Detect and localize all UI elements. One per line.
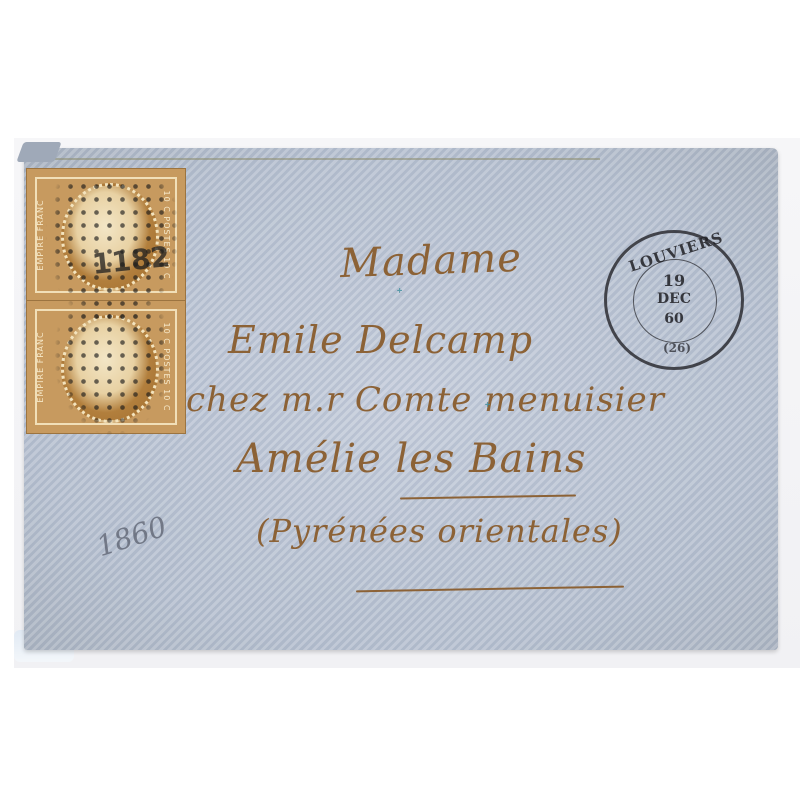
envelope-flap-edge	[40, 158, 600, 160]
address-line-name: Emile Delcamp	[228, 318, 533, 362]
address-line-salutation: Madame	[339, 235, 522, 287]
postmark-month: DEC	[607, 291, 741, 307]
postmark-day: 19	[607, 271, 741, 290]
postmark-year: 60	[607, 311, 741, 327]
dotted-cancellation	[38, 310, 188, 560]
address-line-town: Amélie les Bains	[236, 436, 587, 482]
postmark: LOUVIERS 19 DEC 60 (26)	[604, 230, 744, 370]
folded-corner	[16, 142, 61, 162]
blue-crayon-mark: ᐩ	[396, 284, 403, 305]
postmark-department: (26)	[663, 341, 691, 355]
address-line-region: (Pyrénées orientales)	[256, 512, 623, 550]
address-line-care-of: chez m.r Comte menuisier	[186, 380, 665, 420]
blue-crayon-mark: ᐩ	[484, 398, 491, 419]
